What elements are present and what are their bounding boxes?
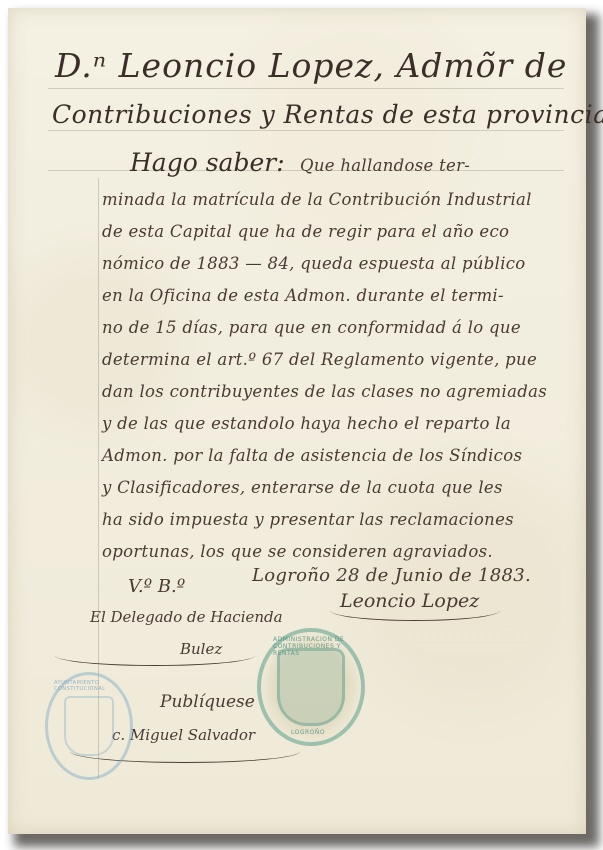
body-line: y Clasificadores, enterarse de la cuota … — [102, 478, 503, 497]
delegate-title: El Delegado de Hacienda — [90, 608, 283, 626]
delegate-flourish — [55, 645, 255, 666]
administration-seal: ADMINISTRACION DE CONTRIBUCIONES Y RENTA… — [257, 628, 365, 746]
body-line: ha sido impuesta y presentar las reclama… — [102, 510, 514, 529]
seal-text: ADMINISTRACION DE CONTRIBUCIONES Y RENTA… — [273, 636, 361, 657]
body-line: Que hallandose ter- — [300, 156, 470, 175]
heading-line-1: D.ⁿ Leoncio Lopez, Admõr de — [55, 46, 567, 85]
body-line: minada la matrícula de la Contribución I… — [102, 190, 532, 209]
dateline: Logroño 28 de Junio de 1883. — [252, 565, 531, 586]
signature-flourish — [330, 600, 500, 621]
body-line: en la Oficina de esta Admon. durante el … — [102, 286, 504, 305]
municipal-seal: AYUNTAMIENTO CONSTITUCIONAL — [45, 672, 133, 780]
crest-icon — [277, 648, 345, 726]
body-line: nómico de 1883 — 84, queda espuesta al p… — [102, 254, 526, 273]
opening-phrase: Hago saber: — [130, 148, 285, 177]
body-line: y de las que estandolo haya hecho el rep… — [102, 414, 511, 433]
publish-order: Publíquese — [160, 692, 255, 712]
seal-text: AYUNTAMIENTO CONSTITUCIONAL — [54, 680, 130, 692]
ruled-line — [48, 130, 564, 131]
body-line: Admon. por la falta de asistencia de los… — [102, 446, 522, 465]
body-line: oportunas, los que se consideren agravia… — [102, 542, 493, 561]
body-line: determina el art.º 67 del Reglamento vig… — [102, 350, 537, 369]
heading-line-2: Contribuciones y Rentas de esta provinci… — [52, 100, 603, 129]
visto-bueno: V.º B.º — [128, 576, 185, 597]
crest-icon — [64, 696, 114, 756]
body-line: dan los contribuyentes de las clases no … — [102, 382, 547, 401]
body-line: no de 15 días, para que en conformidad á… — [102, 318, 521, 337]
seal-city: LOGROÑO — [291, 729, 325, 736]
body-line: de esta Capital que ha de regir para el … — [102, 222, 509, 241]
ruled-line — [48, 88, 564, 89]
